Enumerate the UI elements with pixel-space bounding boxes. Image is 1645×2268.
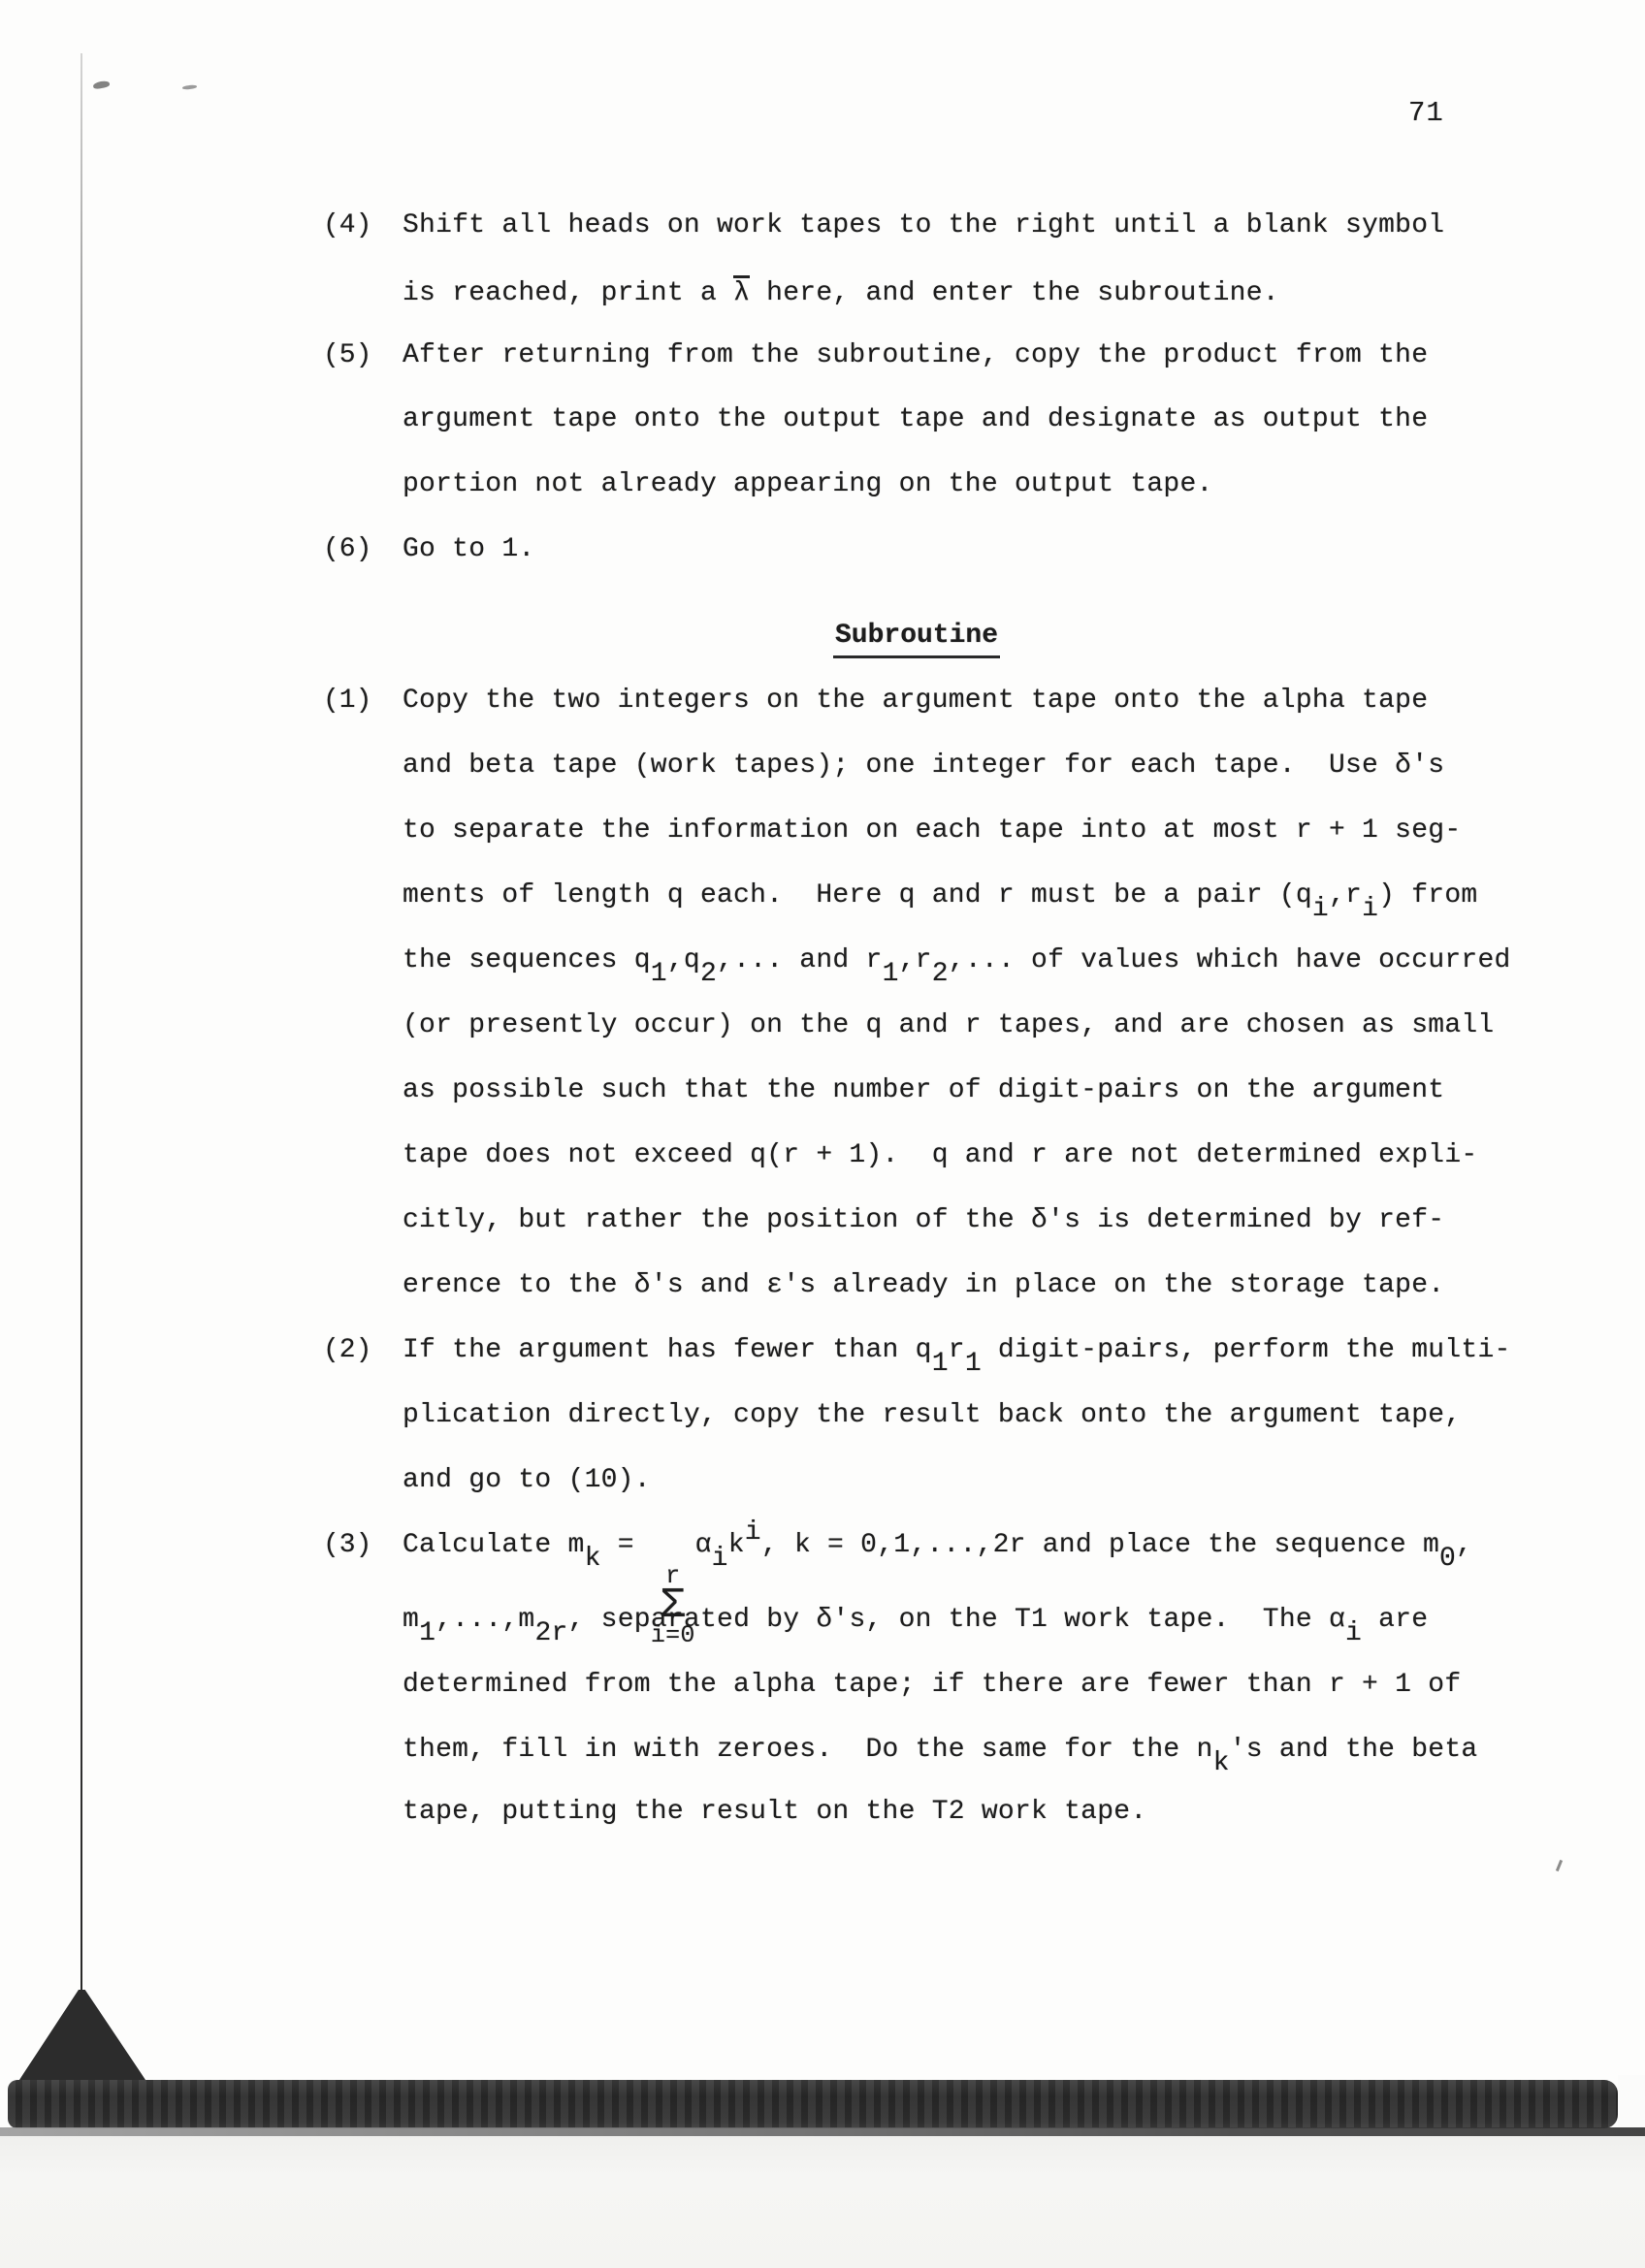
document-line: (5)After returning from the subroutine, … xyxy=(0,340,1645,383)
scan-speck xyxy=(1556,1860,1563,1871)
line-text: determined from the alpha tape; if there… xyxy=(403,1670,1461,1700)
document-line: (2)If the argument has fewer than q1r1 d… xyxy=(0,1335,1645,1378)
line-text: tape does not exceed q(r + 1). q and r a… xyxy=(403,1140,1477,1170)
document-line: the sequences q1,q2,... and r1,r2,... of… xyxy=(0,945,1645,988)
line-text: tape, putting the result on the T2 work … xyxy=(403,1797,1146,1827)
line-text: Go to 1. xyxy=(403,534,534,564)
section-heading: Subroutine xyxy=(403,621,1431,651)
scan-shadow-band xyxy=(8,2080,1618,2128)
document-line: (3)Calculate mk = rΣi=0αiki, k = 0,1,...… xyxy=(0,1530,1645,1573)
document-line: them, fill in with zeroes. Do the same f… xyxy=(0,1735,1645,1777)
item-number: (5) xyxy=(323,340,371,370)
document-page: 71 Subroutine (4)Shift all heads on work… xyxy=(0,0,1645,2268)
line-text: plication directly, copy the result back… xyxy=(403,1400,1461,1430)
line-text: to separate the information on each tape… xyxy=(403,815,1461,846)
document-line: determined from the alpha tape; if there… xyxy=(0,1670,1645,1712)
scan-binding-flare xyxy=(17,1990,147,2087)
line-text: m1,...,m2r, separated by δ's, on the T1 … xyxy=(403,1605,1428,1635)
document-line: to separate the information on each tape… xyxy=(0,815,1645,858)
line-text: ments of length q each. Here q and r mus… xyxy=(403,880,1477,910)
line-text: and go to (10). xyxy=(403,1465,651,1495)
document-line: (4)Shift all heads on work tapes to the … xyxy=(0,210,1645,253)
document-line: (6)Go to 1. xyxy=(0,534,1645,577)
scan-page-edge xyxy=(1618,2075,1645,2133)
document-line: (or presently occur) on the q and r tape… xyxy=(0,1010,1645,1053)
document-line: m1,...,m2r, separated by δ's, on the T1 … xyxy=(0,1605,1645,1647)
line-text: After returning from the subroutine, cop… xyxy=(403,340,1428,370)
line-text: and beta tape (work tapes); one integer … xyxy=(403,751,1444,781)
document-line: tape, putting the result on the T2 work … xyxy=(0,1797,1645,1839)
line-text: erence to the δ's and ε's already in pla… xyxy=(403,1270,1444,1300)
scan-speck xyxy=(93,80,111,90)
item-number: (1) xyxy=(323,686,371,716)
scan-edge-shadow xyxy=(0,2127,1645,2136)
line-text: If the argument has fewer than q1r1 digi… xyxy=(403,1335,1511,1365)
line-text: citly, but rather the position of the δ'… xyxy=(403,1205,1444,1235)
document-line: (1)Copy the two integers on the argument… xyxy=(0,686,1645,728)
document-line: ments of length q each. Here q and r mus… xyxy=(0,880,1645,923)
document-line: portion not already appearing on the out… xyxy=(0,469,1645,512)
section-heading-text: Subroutine xyxy=(833,621,1000,658)
document-line: citly, but rather the position of the δ'… xyxy=(0,1205,1645,1248)
scanner-bed-area xyxy=(0,2136,1645,2268)
line-text: (or presently occur) on the q and r tape… xyxy=(403,1010,1494,1040)
item-number: (6) xyxy=(323,534,371,564)
line-text: the sequences q1,q2,... and r1,r2,... of… xyxy=(403,945,1511,975)
document-line: tape does not exceed q(r + 1). q and r a… xyxy=(0,1140,1645,1183)
item-number: (4) xyxy=(323,210,371,240)
item-number: (3) xyxy=(323,1530,371,1560)
page-number: 71 xyxy=(1408,97,1444,129)
line-text: Copy the two integers on the argument ta… xyxy=(403,686,1428,716)
line-text: them, fill in with zeroes. Do the same f… xyxy=(403,1735,1477,1765)
document-line: as possible such that the number of digi… xyxy=(0,1075,1645,1118)
document-line: and beta tape (work tapes); one integer … xyxy=(0,751,1645,793)
document-line: and go to (10). xyxy=(0,1465,1645,1508)
document-line: erence to the δ's and ε's already in pla… xyxy=(0,1270,1645,1313)
line-text: Shift all heads on work tapes to the rig… xyxy=(403,210,1444,240)
item-number: (2) xyxy=(323,1335,371,1365)
document-line: is reached, print a λ here, and enter th… xyxy=(0,275,1645,318)
document-line: argument tape onto the output tape and d… xyxy=(0,404,1645,447)
line-text: as possible such that the number of digi… xyxy=(403,1075,1444,1105)
scan-binding-line xyxy=(81,53,82,2002)
line-text: portion not already appearing on the out… xyxy=(403,469,1213,499)
line-text: argument tape onto the output tape and d… xyxy=(403,404,1428,434)
line-text: is reached, print a λ here, and enter th… xyxy=(403,275,1279,308)
document-line: plication directly, copy the result back… xyxy=(0,1400,1645,1443)
scan-speck xyxy=(182,84,197,90)
